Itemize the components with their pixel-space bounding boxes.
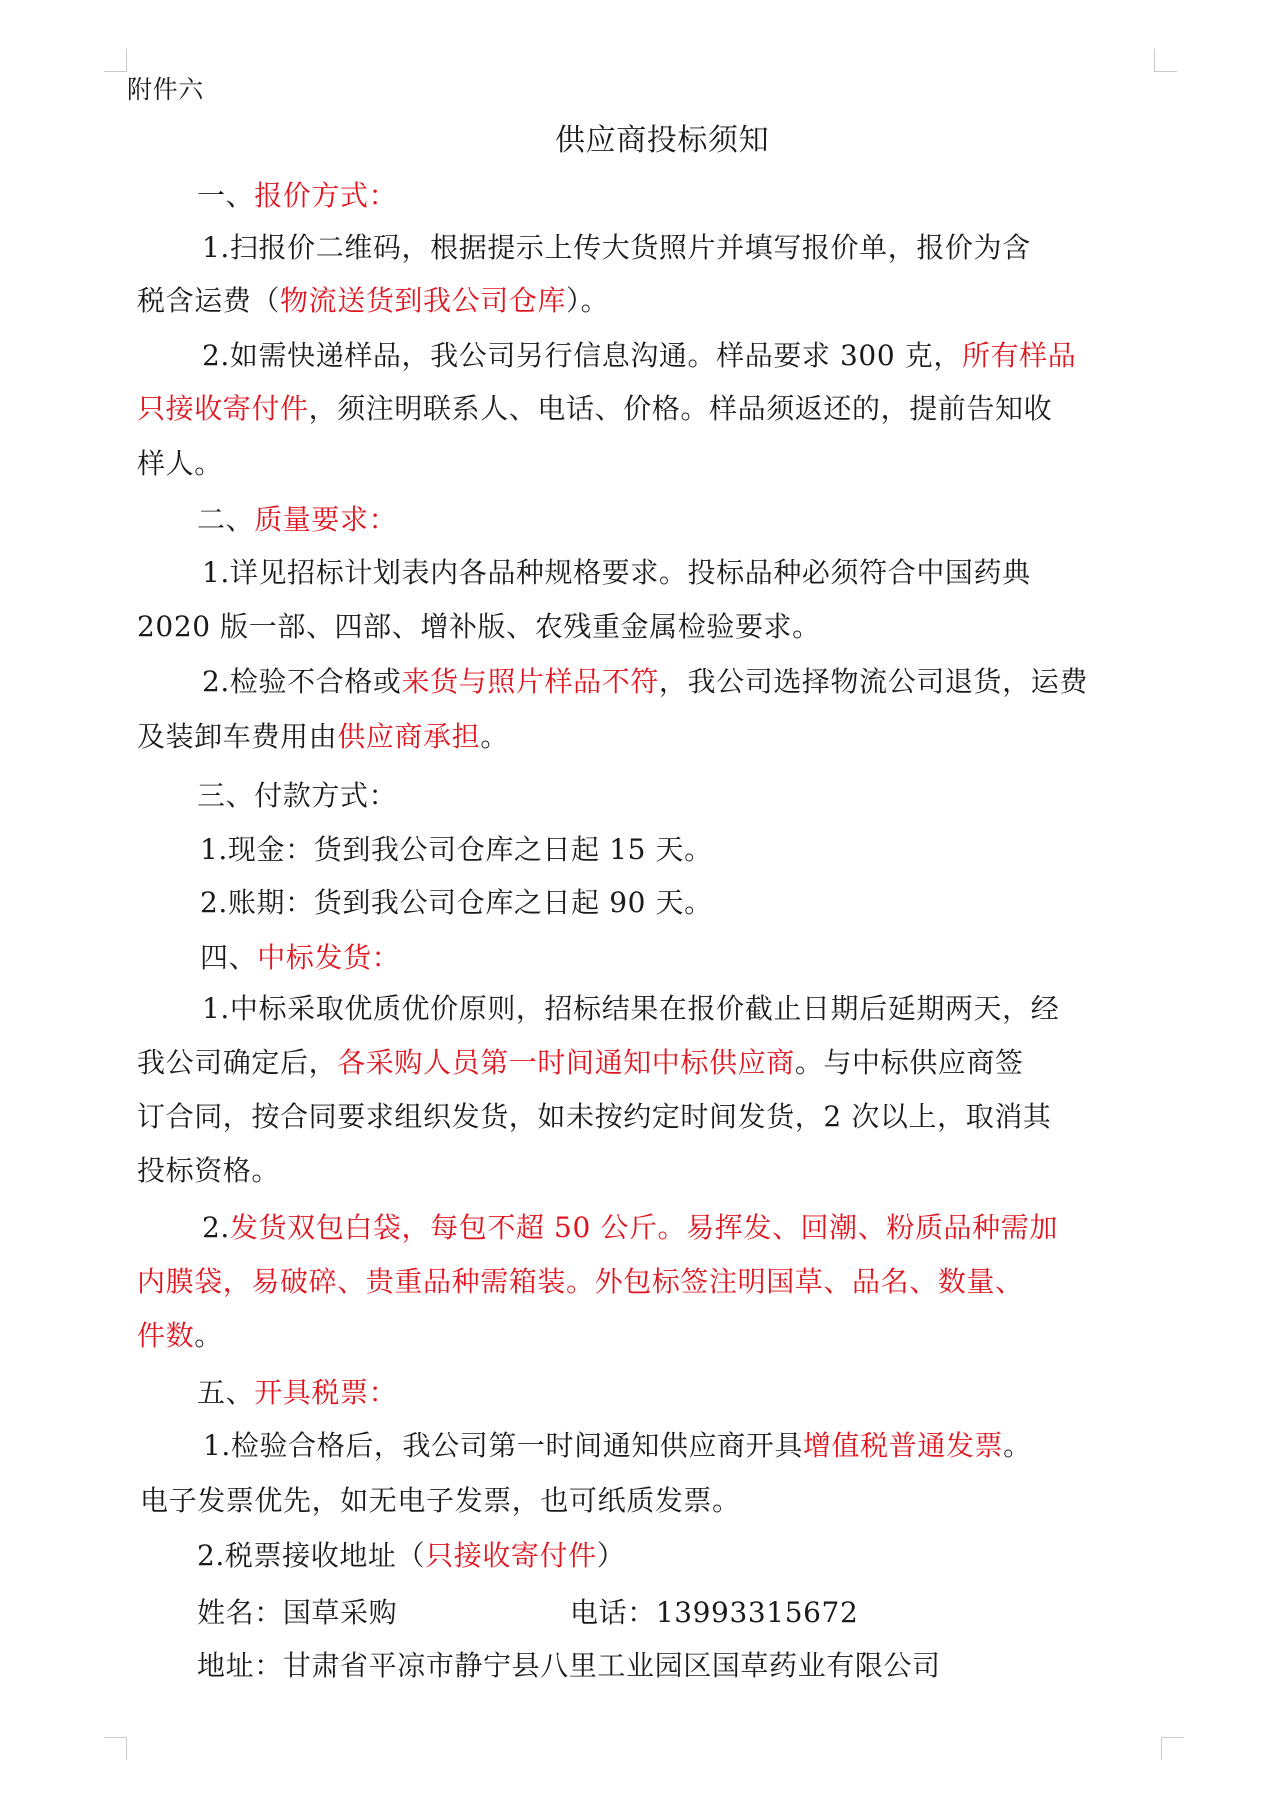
text-run: 订合同，按合同要求组织发货，如未按约定时间发货，2 次以上，取消其: [137, 1100, 1052, 1133]
text-run: ）。: [566, 284, 609, 317]
text-run: 1.详见招标计划表内各品种规格要求。投标品种必须符合中国药典: [202, 556, 1031, 589]
text-run: 及装卸车费用由: [137, 720, 337, 753]
text-run: ，我公司选择物流公司退货，运费: [659, 665, 1088, 698]
text-run: 税含运费（: [137, 284, 280, 317]
paragraph-line: 1.中标采取优质优价原则，招标结果在报价截止日期后延期两天，经: [202, 992, 1059, 1026]
section-number: 四、: [200, 941, 257, 974]
section-title: 开具税票：: [254, 1376, 397, 1409]
contact-name: 姓名：国草采购: [197, 1596, 397, 1630]
highlight-text: 来货与照片样品不符: [402, 665, 659, 698]
highlight-text: 各采购人员第一时间通知中标供应商: [337, 1046, 795, 1079]
paragraph-line: 电子发票优先，如无电子发票，也可纸质发票。: [140, 1484, 741, 1518]
paragraph-line: 1.详见招标计划表内各品种规格要求。投标品种必须符合中国药典: [202, 556, 1031, 590]
section-number: 二、: [197, 503, 254, 536]
section-title: 报价方式：: [254, 179, 397, 212]
text-run: 我公司确定后，: [137, 1046, 337, 1079]
crop-mark-top-right: [1154, 49, 1177, 72]
highlight-text: 物流送货到我公司仓库: [280, 284, 566, 317]
attachment-label: 附件六: [127, 73, 204, 107]
paragraph-line: 及装卸车费用由供应商承担。: [137, 720, 509, 754]
highlight-text: 所有样品: [962, 339, 1076, 372]
text-run: 1.现金：货到我公司仓库之日起 15 天。: [200, 833, 713, 866]
text-run: 1.检验合格后，我公司第一时间通知供应商开具: [203, 1429, 803, 1462]
paragraph-line: 件数。: [137, 1319, 223, 1353]
document-page: 附件六 供应商投标须知 一、报价方式： 1.扫报价二维码，根据提示上传大货照片并…: [0, 0, 1280, 1808]
section-title: 付款方式：: [254, 779, 397, 812]
paragraph-line: 内膜袋，易破碎、贵重品种需箱装。外包标签注明国草、品名、数量、: [137, 1265, 1024, 1299]
crop-mark-bottom-right: [1161, 1737, 1184, 1760]
text-run: 1.中标采取优质优价原则，招标结果在报价截止日期后延期两天，经: [202, 992, 1059, 1025]
text-run: 电子发票优先，如无电子发票，也可纸质发票。: [140, 1484, 741, 1517]
text-run: 2020 版一部、四部、增补版、农残重金属检验要求。: [137, 610, 821, 643]
section-heading-invoice: 五、开具税票：: [197, 1376, 397, 1410]
highlight-text: 发货双包白袋，每包不超 50 公斤。易挥发、回潮、粉质品种需加: [230, 1211, 1058, 1244]
paragraph-line: 样人。: [137, 447, 223, 481]
contact-name-value: 国草采购: [283, 1596, 397, 1629]
section-heading-quote-method: 一、报价方式：: [197, 179, 397, 213]
paragraph-line: 投标资格。: [137, 1154, 280, 1188]
contact-address-value: 甘肃省平凉市静宁县八里工业园区国草药业有限公司: [283, 1649, 941, 1682]
highlight-text: 只接收寄付件: [425, 1539, 597, 1572]
text-run: 2.税票接收地址（: [197, 1539, 425, 1572]
contact-phone-label: 电话：: [570, 1596, 656, 1629]
section-number: 三、: [197, 779, 254, 812]
highlight-text: 只接收寄付件: [137, 392, 309, 425]
section-number: 一、: [197, 179, 254, 212]
section-heading-award-shipping: 四、中标发货：: [200, 941, 400, 975]
contact-address: 地址：甘肃省平凉市静宁县八里工业园区国草药业有限公司: [197, 1649, 941, 1683]
contact-name-label: 姓名：: [197, 1596, 283, 1629]
text-run: 。与中标供应商签: [795, 1046, 1024, 1079]
paragraph-line: 1.检验合格后，我公司第一时间通知供应商开具增值税普通发票。: [203, 1429, 1032, 1463]
highlight-text: 内膜袋，易破碎、贵重品种需箱装。外包标签注明国草、品名、数量、: [137, 1265, 1024, 1298]
text-run: 。: [1003, 1429, 1032, 1462]
highlight-text: 增值税普通发票: [803, 1429, 1003, 1462]
crop-mark-top-left: [104, 49, 127, 72]
text-run: 2.检验不合格或: [202, 665, 402, 698]
text-run: ）: [597, 1539, 626, 1572]
section-title: 中标发货：: [257, 941, 400, 974]
paragraph-line: 订合同，按合同要求组织发货，如未按约定时间发货，2 次以上，取消其: [137, 1100, 1052, 1134]
section-heading-payment: 三、付款方式：: [197, 779, 397, 813]
section-number: 五、: [197, 1376, 254, 1409]
highlight-text: 供应商承担: [337, 720, 480, 753]
paragraph-line: 1.现金：货到我公司仓库之日起 15 天。: [200, 833, 713, 867]
paragraph-line: 2020 版一部、四部、增补版、农残重金属检验要求。: [137, 610, 821, 644]
text-run: 1.扫报价二维码，根据提示上传大货照片并填写报价单，报价为含: [202, 231, 1031, 264]
paragraph-line: 只接收寄付件，须注明联系人、电话、价格。样品须返还的，提前告知收: [137, 392, 1052, 426]
paragraph-line: 2.检验不合格或来货与照片样品不符，我公司选择物流公司退货，运费: [202, 665, 1088, 699]
highlight-text: 件数: [137, 1319, 194, 1352]
paragraph-line: 2.发货双包白袋，每包不超 50 公斤。易挥发、回潮、粉质品种需加: [202, 1211, 1058, 1245]
section-heading-quality: 二、质量要求：: [197, 503, 397, 537]
paragraph-line: 1.扫报价二维码，根据提示上传大货照片并填写报价单，报价为含: [202, 231, 1031, 265]
text-run: ，须注明联系人、电话、价格。样品须返还的，提前告知收: [309, 392, 1053, 425]
paragraph-line: 2.税票接收地址（只接收寄付件）: [197, 1539, 625, 1573]
text-run: 样人。: [137, 447, 223, 480]
contact-address-label: 地址：: [197, 1649, 283, 1682]
text-run: 2.账期：货到我公司仓库之日起 90 天。: [200, 886, 713, 919]
paragraph-line: 2.如需快递样品，我公司另行信息沟通。样品要求 300 克，所有样品: [202, 339, 1076, 373]
text-run: 投标资格。: [137, 1154, 280, 1187]
text-run: 2.如需快递样品，我公司另行信息沟通。样品要求 300 克，: [202, 339, 962, 372]
contact-phone-value: 13993315672: [656, 1596, 859, 1629]
crop-mark-bottom-left: [104, 1737, 127, 1760]
text-run: 。: [194, 1319, 223, 1352]
paragraph-line: 税含运费（物流送货到我公司仓库）。: [137, 284, 609, 318]
paragraph-line: 2.账期：货到我公司仓库之日起 90 天。: [200, 886, 713, 920]
page-title: 供应商投标须知: [555, 124, 769, 158]
text-run: 2.: [202, 1211, 230, 1244]
contact-phone: 电话：13993315672: [570, 1596, 858, 1630]
text-run: 。: [480, 720, 509, 753]
section-title: 质量要求：: [254, 503, 397, 536]
paragraph-line: 我公司确定后，各采购人员第一时间通知中标供应商。与中标供应商签: [137, 1046, 1024, 1080]
